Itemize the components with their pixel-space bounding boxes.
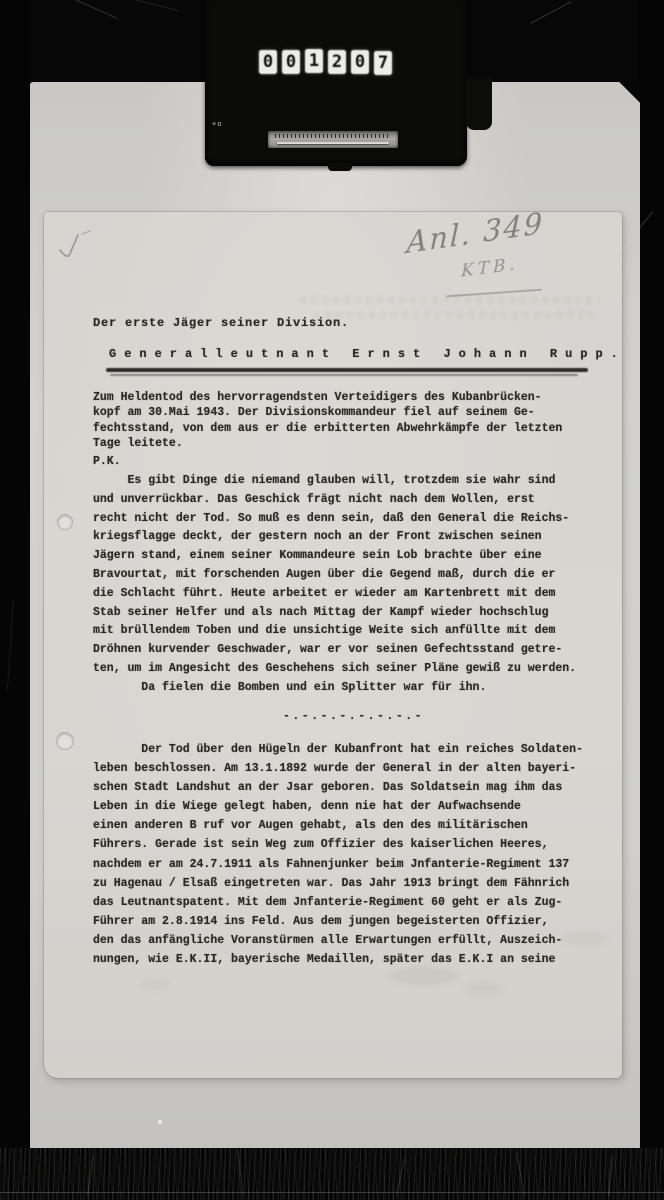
typed-line: und unverrückbar. Das Geschick frägt nic… (93, 491, 576, 510)
typed-line: Da fielen die Bomben und ein Splitter wa… (93, 679, 576, 698)
typed-line: Führers. Gerade ist sein Weg zum Offizie… (93, 835, 583, 854)
ink-smudge (464, 982, 504, 994)
ink-smudge (140, 980, 170, 990)
handwritten-ktb: KTB. (461, 254, 519, 281)
headline-underline (110, 374, 578, 376)
dust-speck (158, 1120, 162, 1124)
typed-line: Leben in die Wiege gelegt haben, denn ni… (93, 797, 583, 816)
typed-line: kopf am 30.Mai 1943. Der Divisionskomman… (93, 405, 562, 420)
film-edge-left (0, 0, 30, 1200)
typed-line: ten, um im Angesicht des Geschehens sich… (93, 660, 576, 679)
typed-line: Tage leitete. (93, 436, 562, 451)
device-plate-mark: +o (212, 120, 222, 128)
counter-digit: 2 (328, 50, 346, 74)
typed-line: recht nicht der Tod. So muß es denn sein… (93, 510, 576, 529)
typed-line: Dröhnen kurvender Geschwader, war er vor… (93, 641, 576, 660)
typed-line: einen anderen B ruf vor Augen gehabt, al… (93, 816, 583, 835)
counter-device-tab (466, 78, 492, 130)
pencil-checkmark (56, 228, 102, 264)
paragraph-3: Der Tod über den Hügeln der Kubanfront h… (93, 740, 583, 969)
typed-line: nachdem er am 24.7.1911 als Fahnenjunker… (93, 855, 583, 874)
typed-line: Führer am 2.8.1914 ins Feld. Aus dem jun… (93, 912, 583, 931)
paragraph-2: Es gibt Dinge die niemand glauben will, … (93, 472, 576, 698)
counter-device-bump (328, 163, 352, 171)
punch-hole-top (57, 514, 73, 530)
typed-line: Jägern stand, einem seiner Kommandeure s… (93, 547, 576, 566)
device-ruler-plate (268, 131, 398, 148)
typed-line: kriegsflagge deckt, der gestern noch an … (93, 528, 576, 547)
doc-headline: G e n e r a l l e u t n a n t E r n s t … (109, 347, 618, 361)
typed-line: nungen, wie E.K.II, bayerische Medaillen… (93, 950, 583, 969)
document-paper: Anl. 349 KTB. Der erste Jäger seiner Div… (44, 212, 622, 1078)
film-edge-right (638, 0, 664, 1200)
typed-line: Es gibt Dinge die niemand glauben will, … (93, 472, 576, 491)
dust-speck (540, 296, 542, 298)
handwritten-ref: Anl. 349 (406, 206, 545, 260)
typed-line: Der Tod über den Hügeln der Kubanfront h… (93, 740, 583, 759)
board-corner-fold (613, 81, 641, 123)
typed-line: leben beschlossen. Am 13.1.1892 wurde de… (93, 759, 583, 778)
counter-digit: 1 (305, 49, 323, 73)
film-scratch (0, 1192, 664, 1193)
typed-line: zu Hagenau / Elsaß eingetreten war. Das … (93, 874, 583, 893)
typed-line: das Leutnantspatent. Mit dem Jnfanterie-… (93, 893, 583, 912)
counter-digit: 0 (282, 50, 300, 74)
microfilm-frame: 0 0 1 2 0 7 +o Anl. 349 KTB. Der erste J… (0, 0, 664, 1200)
ink-smudge (389, 967, 459, 985)
frame-counter: 0 0 1 2 0 7 (259, 50, 397, 74)
ink-bleedthrough (314, 311, 594, 319)
typed-line: fechtsstand, von dem aus er die erbitter… (93, 421, 562, 436)
dust-speck (452, 204, 454, 206)
doc-title: Der erste Jäger seiner Division. (93, 316, 349, 330)
counter-digit: 7 (374, 51, 392, 75)
typed-line: den das anfängliche Voranstürmen alle Er… (93, 931, 583, 950)
press-mark: P.K. (93, 455, 121, 468)
ink-bleedthrough (300, 296, 600, 304)
typed-line: Stab seiner Helfer und als nach Mittag d… (93, 604, 576, 623)
typed-line: die Schlacht führt. Heute arbeitet er wi… (93, 585, 576, 604)
dust-speck (101, 318, 103, 320)
typed-line: Bravourtat, mit forschenden Augen über d… (93, 566, 576, 585)
ink-smudge (560, 932, 610, 946)
headline-underline (106, 368, 588, 372)
typed-line: mit brüllendem Toben und die unsichtige … (93, 622, 576, 641)
punch-hole-bottom (56, 732, 74, 750)
typed-line: Zum Heldentod des hervorragendsten Verte… (93, 390, 562, 405)
counter-digit: 0 (259, 50, 277, 74)
paragraph-1: Zum Heldentod des hervorragendsten Verte… (93, 390, 562, 451)
typed-line: schen Stadt Landshut an der Jsar geboren… (93, 778, 583, 797)
counter-digit: 0 (351, 50, 369, 74)
separator-line: -.-.-.-.-.-.-.- (283, 710, 424, 723)
